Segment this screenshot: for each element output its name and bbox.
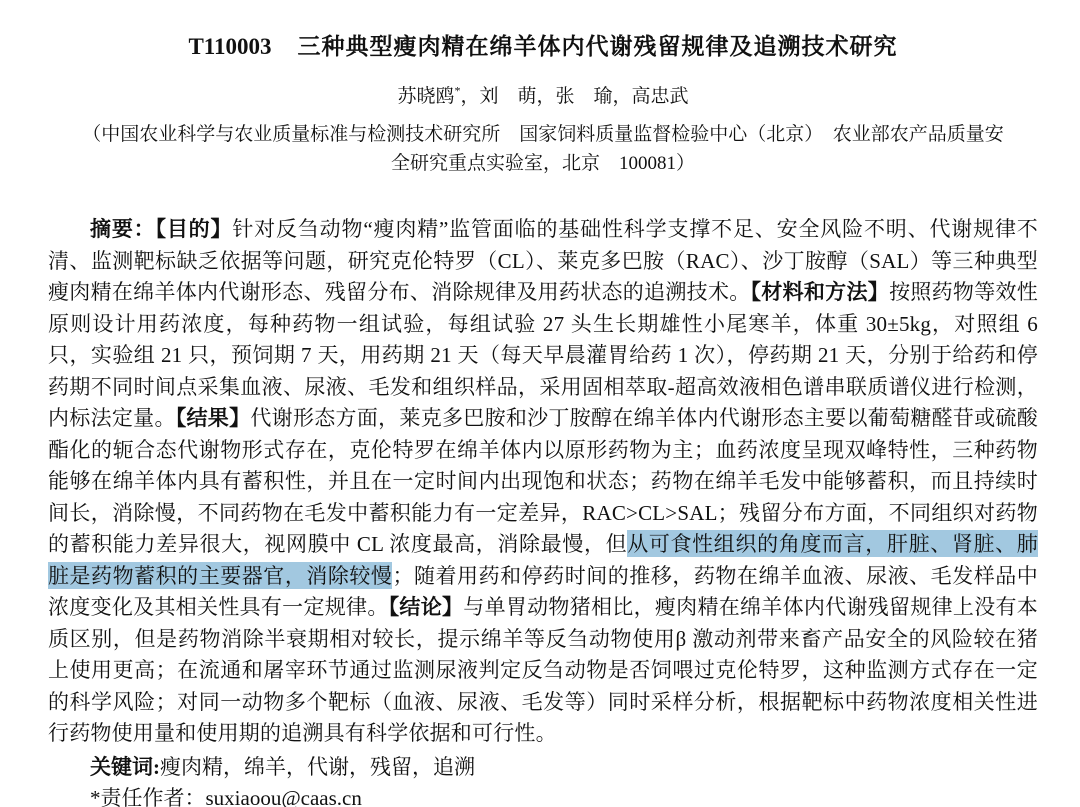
abstract-paragraph: 摘要：【目的】针对反刍动物“瘦肉精”监管面临的基础性科学支撑不足、安全风险不明、… xyxy=(48,214,1038,750)
author-corresponding: 苏晓鸥 xyxy=(397,86,454,107)
affiliation-line-2: 全研究重点实验室，北京 100081） xyxy=(48,149,1038,178)
authors-rest: ，刘 萌，张 瑜，高忠武 xyxy=(461,86,689,107)
authors-line: 苏晓鸥*，刘 萌，张 瑜，高忠武 xyxy=(48,81,1038,108)
keywords-text: 瘦肉精，绵羊，代谢，残留，追溯 xyxy=(160,755,475,779)
paper-page: T110003三种典型瘦肉精在绵羊体内代谢残留规律及追溯技术研究 苏晓鸥*，刘 … xyxy=(0,0,1080,807)
abstract-label: 摘要： xyxy=(90,217,156,241)
paper-title: T110003三种典型瘦肉精在绵羊体内代谢残留规律及追溯技术研究 xyxy=(48,28,1038,61)
keywords-line: 关键词:瘦肉精，绵羊，代谢，残留，追溯 xyxy=(48,752,1038,784)
section-marker-objective: 【目的】 xyxy=(156,217,233,241)
paper-title-text: 三种典型瘦肉精在绵羊体内代谢残留规律及追溯技术研究 xyxy=(298,34,898,59)
corresponding-author-footnote: *责任作者：suxiaoou@caas.cn xyxy=(48,783,1038,807)
paper-code: T110003 xyxy=(188,34,271,59)
affiliation-line-1: （中国农业科学与农业质量标准与检测技术研究所 国家饲料质量监督检验中心（北京） … xyxy=(48,120,1038,149)
section-marker-conclusion: 【结论】 xyxy=(389,595,464,619)
keywords-label: 关键词: xyxy=(90,755,160,779)
section-marker-results: 【结果】 xyxy=(176,406,251,430)
section-marker-methods: 【材料和方法】 xyxy=(751,280,890,304)
